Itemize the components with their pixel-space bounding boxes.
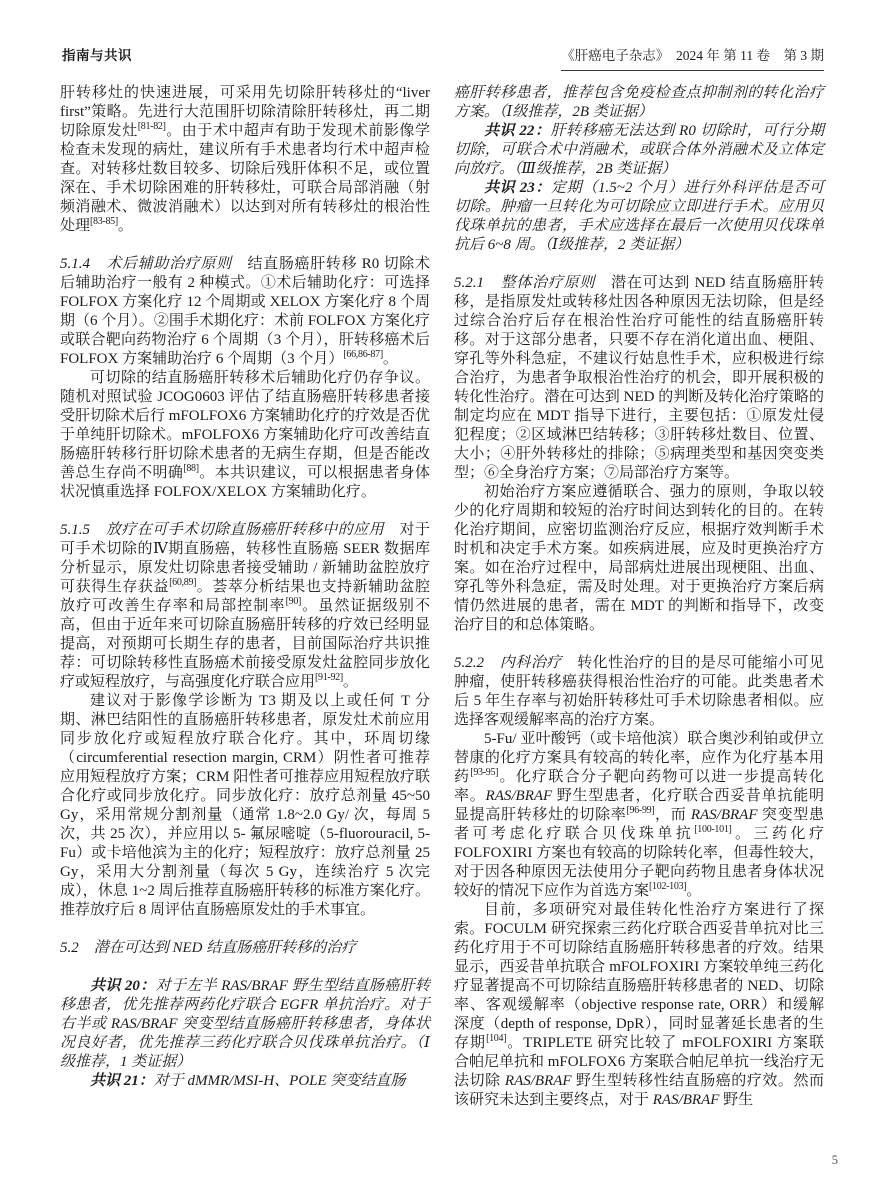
consensus-21: 共识 21：对于 dMMR/MSI-H、POLE 突变结直肠 [60,1072,430,1091]
consensus-23: 共识 23：定期（1.5~2 个月）进行外科评估是否可切除。肿瘤一旦转化为可切除… [454,179,824,255]
left-column: 肝转移灶的快速进展，可采用先切除肝转移灶的“liver first”策略。先进行… [60,84,430,1110]
right-column: 癌肝转移患者，推荐包含免疫检查点抑制剂的转化治疗方案。（Ⅰ级推荐，2B 类证据）… [454,84,824,1110]
paragraph-initial-strategy: 初始治疗方案应遵循联合、强力的原则，争取以较少的化疗周期和较短的治疗时间达到转化… [454,483,824,635]
page-body: 肝转移灶的快速进展，可采用先切除肝转移灶的“liver first”策略。先进行… [60,84,824,1110]
section-5-2-heading: 5.2 潜在可达到 NED 结直肠癌肝转移的治疗 [60,939,430,958]
section-5-1-5: 5.1.5 放疗在可手术切除直肠癌肝转移中的应用 对于可手术切除的Ⅳ期直肠癌，转… [60,521,430,692]
running-head-journal-info: 《肝癌电子杂志》 2024 年 第 11 卷 第 3 期 [561,44,824,71]
section-5-2-2: 5.2.2 内科治疗 转化性治疗的目的是尽可能缩小可见肿瘤，使肝转移癌获得根治性… [454,654,824,730]
page-header: 指南与共识 《肝癌电子杂志》 2024 年 第 11 卷 第 3 期 [62,44,824,71]
section-5-2-1: 5.2.1 整体治疗原则 潜在可达到 NED 结直肠癌肝转移，是指原发灶或转移灶… [454,274,824,483]
paragraph-conversion-studies: 目前，多项研究对最佳转化性治疗方案进行了探索。FOCULM 研究探索三药化疗联合… [454,901,824,1110]
journal-page: 指南与共识 《肝癌电子杂志》 2024 年 第 11 卷 第 3 期 肝转移灶的… [0,0,884,1200]
section-5-1-4: 5.1.4 术后辅助治疗原则 结直肠癌肝转移 R0 切除术后辅助治疗一般有 2 … [60,255,430,369]
running-head-section: 指南与共识 [62,44,132,71]
paragraph-adjuvant-debate: 可切除的结直肠癌肝转移术后辅助化疗仍存争议。随机对照试验 JCOG0603 评估… [60,369,430,502]
paragraph-radiotherapy-advice: 建议对于影像学诊断为 T3 期及以上或任何 T 分期、淋巴结阳性的直肠癌肝转移患… [60,692,430,920]
page-number: 5 [832,1153,838,1168]
paragraph-liver-first: 肝转移灶的快速进展，可采用先切除肝转移灶的“liver first”策略。先进行… [60,84,430,236]
consensus-21-continued: 癌肝转移患者，推荐包含免疫检查点抑制剂的转化治疗方案。（Ⅰ级推荐，2B 类证据） [454,84,824,122]
paragraph-chemo-regimens: 5-Fu/ 亚叶酸钙（或卡培他滨）联合奥沙利铂或伊立替康的化疗方案具有较高的转化… [454,730,824,901]
consensus-22: 共识 22：肝转移癌无法达到 R0 切除时，可行分期切除，可联合术中消融术，或联… [454,122,824,179]
consensus-20: 共识 20：对于左半 RAS/BRAF 野生型结直肠癌肝转移患者，优先推荐两药化… [60,977,430,1072]
